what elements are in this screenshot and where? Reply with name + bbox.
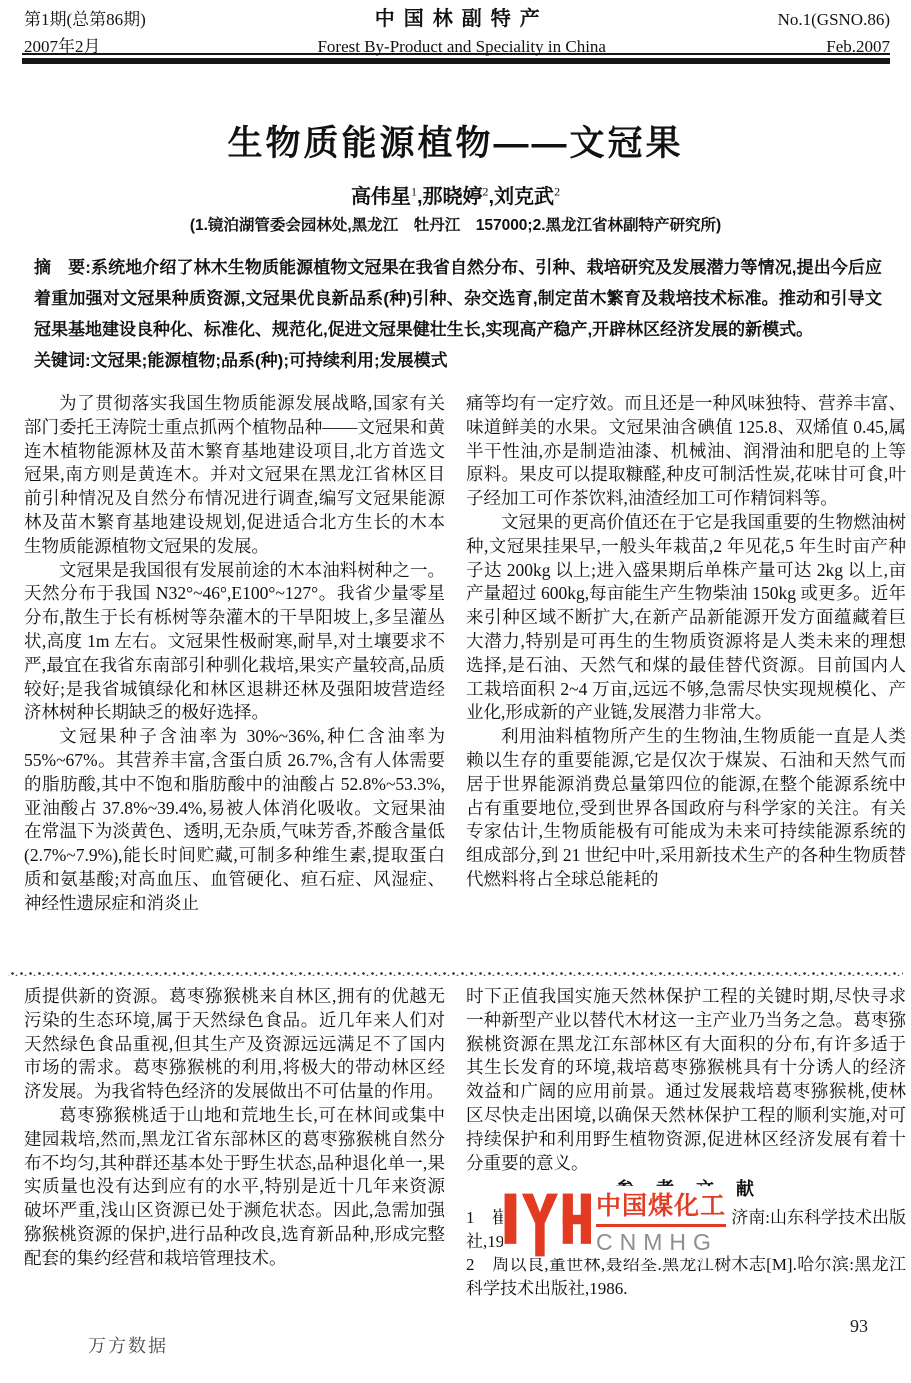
date-cn: 2007年2月: [24, 33, 146, 60]
authors-line: 高伟星1,那晓婷2,刘克武2: [0, 180, 911, 209]
keywords-text: 文冠果;能源植物;品系(种);可持续利用;发展模式: [91, 351, 448, 370]
paragraph: 利用油料植物所产生的生物油,生物质能一直是人类赖以生存的重要能源,它是仅次于煤炭…: [466, 725, 906, 892]
issue-cn: 第1期(总第86期): [24, 6, 146, 33]
journal-title-cn: 中国林副特产: [146, 6, 778, 33]
reference-1-publisher: 济南:山东科学技术出版: [731, 1206, 906, 1230]
journal-title-en: Forest By-Product and Speciality in Chin…: [146, 33, 778, 60]
bottom-column-left: 质提供新的资源。葛枣猕猴桃来自林区,拥有的优越无污染的生态环境,属于天然绿色食品…: [24, 985, 445, 1325]
journal-page: 第1期(总第86期) 2007年2月 中国林副特产 Forest By-Prod…: [0, 0, 911, 1383]
head-left: 第1期(总第86期) 2007年2月: [24, 6, 146, 60]
main-column-right: 痛等均有一定疗效。而且还是一种风味独特、营养丰富、味道鲜美的水果。文冠果油含碘值…: [466, 392, 906, 970]
paragraph-continuation: 时下正值我国实施天然林保护工程的关键时期,尽快寻求一种新型产业以替代木材这一主产…: [466, 985, 906, 1175]
paragraph-continuation: 质提供新的资源。葛枣猕猴桃来自林区,拥有的优越无污染的生态环境,属于天然绿色食品…: [24, 985, 445, 1104]
head-right: No.1(GSNO.86) Feb.2007: [778, 6, 890, 60]
abstract-block: 摘 要:系统地介绍了林木生物质能源植物文冠果在我省自然分布、引种、栽培研究及发展…: [34, 252, 882, 376]
author-3: 刘克武: [494, 186, 554, 208]
author-2: 那晓婷: [423, 186, 483, 208]
cnmhg-text-block: 中国煤化工 CNMHG: [596, 1186, 726, 1256]
bottom-column-right: 时下正值我国实施天然林保护工程的关键时期,尽快寻求一种新型产业以替代木材这一主产…: [466, 985, 906, 1330]
author-1: 高伟星: [351, 186, 411, 208]
author-3-sup: 2: [554, 184, 560, 198]
paragraph-continuation: 痛等均有一定疗效。而且还是一种风味独特、营养丰富、味道鲜美的水果。文冠果油含碘值…: [466, 392, 906, 511]
head-center: 中国林副特产 Forest By-Product and Speciality …: [146, 6, 778, 60]
abstract-text: 系统地介绍了林木生物质能源植物文冠果在我省自然分布、引种、栽培研究及发展潜力等情…: [34, 258, 882, 339]
running-head: 第1期(总第86期) 2007年2月 中国林副特产 Forest By-Prod…: [24, 6, 890, 60]
cnmhg-logo-icon: [503, 1186, 591, 1264]
paragraph: 文冠果种子含油率为 30%~36%,种仁含油率为 55%~67%。其营养丰富,含…: [24, 725, 445, 915]
paragraph: 文冠果是我国很有发展前途的木本油料树种之一。天然分布于我国 N32°~46°,E…: [24, 559, 445, 726]
header-rule-thin: [22, 53, 890, 55]
cnmhg-brand-latin: CNMHG: [596, 1229, 726, 1256]
wanfang-data-mark: 万方数据: [88, 1332, 168, 1358]
cnmhg-watermark: 中国煤化工 CNMHG: [503, 1186, 725, 1258]
affiliation: (1.镜泊湖管委会园林处,黑龙江 牡丹江 157000;2.黑龙江省林副特产研究…: [0, 213, 911, 235]
date-en: Feb.2007: [778, 33, 890, 60]
header-rule-thick: [22, 58, 890, 64]
keywords-label: 关键词:: [34, 351, 91, 370]
main-column-left: 为了贯彻落实我国生物质能源发展战略,国家有关部门委托王涛院士重点抓两个植物品种—…: [24, 392, 445, 970]
abstract-paragraph: 摘 要:系统地介绍了林木生物质能源植物文冠果在我省自然分布、引种、栽培研究及发展…: [34, 252, 882, 345]
cnmhg-brand-cn: 中国煤化工: [596, 1186, 726, 1227]
abstract-label: 摘 要:: [34, 258, 91, 277]
paragraph: 葛枣猕猴桃适于山地和荒地生长,可在林间或集中建园栽培,然而,黑龙江省东部林区的葛…: [24, 1104, 445, 1271]
paragraph: 文冠果的更高价值还在于它是我国重要的生物燃油树种,文冠果挂果早,一般头年栽苗,2…: [466, 511, 906, 725]
article-title: 生物质能源植物——文冠果: [0, 116, 911, 166]
issue-en: No.1(GSNO.86): [778, 6, 890, 33]
page-number: 93: [850, 1316, 868, 1337]
ornament-separator: [8, 969, 903, 976]
keywords-paragraph: 关键词:文冠果;能源植物;品系(种);可持续利用;发展模式: [34, 345, 882, 376]
paragraph: 为了贯彻落实我国生物质能源发展战略,国家有关部门委托王涛院士重点抓两个植物品种—…: [24, 392, 445, 559]
